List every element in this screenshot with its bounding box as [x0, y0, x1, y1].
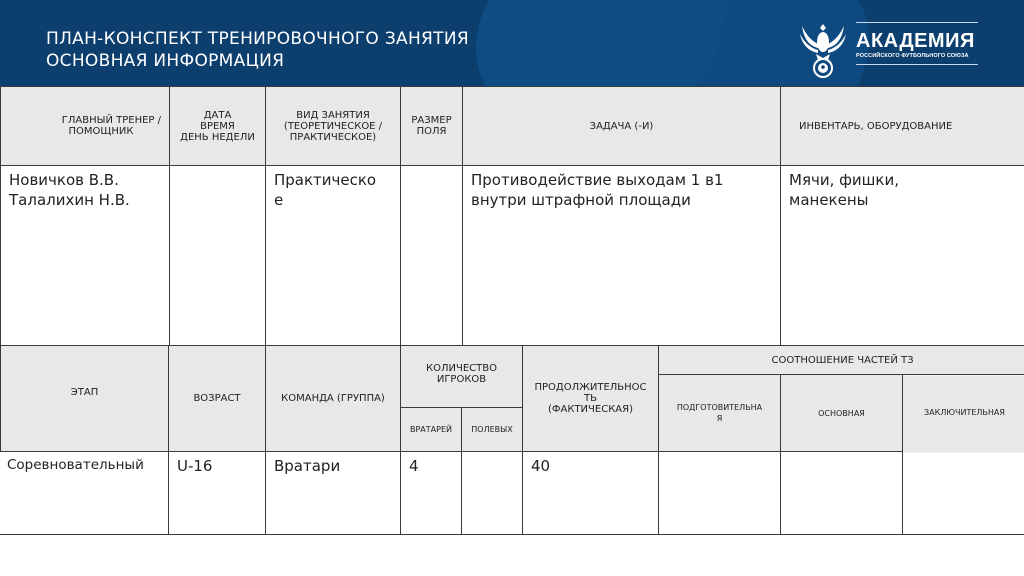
header-banner: ПЛАН-КОНСПЕКТ ТРЕНИРОВОЧНОГО ЗАНЯТИЯ ОСН…	[0, 0, 1024, 86]
page-title-line2: ОСНОВНАЯ ИНФОРМАЦИЯ	[46, 50, 469, 72]
header-field-size: РАЗМЕР ПОЛЯ	[401, 87, 463, 166]
cell-equipment[interactable]: Мячи, фишки, манекены	[781, 166, 1024, 346]
header-players-line1: КОЛИЧЕСТВО	[401, 363, 522, 374]
header-date-line2: ВРЕМЯ	[170, 121, 265, 132]
type-line2: е	[274, 190, 392, 210]
cell-field-size[interactable]	[401, 166, 463, 346]
coach-name-1: Новичков В.В.	[9, 170, 161, 190]
coach-name-2: Талалихин Н.В.	[9, 190, 161, 210]
header-date-line1: ДАТА	[170, 110, 265, 121]
header-type: ВИД ЗАНЯТИЯ (ТЕОРЕТИЧЕСКОЕ / ПРАКТИЧЕСКО…	[266, 87, 401, 166]
header-main: ОСНОВНАЯ	[781, 375, 903, 452]
logo-divider	[856, 22, 978, 23]
header-date-line3: ДЕНЬ НЕДЕЛИ	[170, 132, 265, 143]
cell-age[interactable]: U-16	[169, 452, 266, 535]
header-players-line2: ИГРОКОВ	[401, 374, 522, 385]
academy-logo: АКАДЕМИЯ РОССИЙСКОГО ФУТБОЛЬНОГО СОЮЗА	[798, 18, 980, 78]
cell-team[interactable]: Вратари	[266, 452, 401, 535]
header-final: ЗАКЛЮЧИТЕЛЬНАЯ	[903, 375, 1024, 535]
header-prep-line2: Я	[659, 413, 780, 424]
cell-main[interactable]	[781, 452, 903, 535]
header-field-players: ПОЛЕВЫХ	[462, 408, 523, 452]
header-type-line2: (ТЕОРЕТИЧЕСКОЕ /	[266, 121, 400, 132]
header-goalkeepers: ВРАТАРЕЙ	[401, 408, 462, 452]
cell-goalkeepers[interactable]: 4	[401, 452, 462, 535]
header-coach-line1: ГЛАВНЫЙ ТРЕНЕР /	[1, 115, 161, 126]
header-type-line1: ВИД ЗАНЯТИЯ	[266, 110, 400, 121]
header-equipment: ИНВЕНТАРЬ, ОБОРУДОВАНИЕ	[781, 87, 1024, 166]
header-prep-line1: ПОДГОТОВИТЕЛЬНА	[659, 402, 780, 413]
logo-name: АКАДЕМИЯ	[856, 29, 978, 53]
equipment-line2: манекены	[789, 190, 1018, 210]
header-duration-line1: ПРОДОЛЖИТЕЛЬНОС	[523, 382, 658, 393]
logo-divider	[856, 64, 978, 65]
header-stage: ЭТАП	[1, 346, 169, 452]
rfs-eagle-emblem-icon	[798, 18, 848, 80]
cell-date[interactable]	[170, 166, 266, 346]
cell-task[interactable]: Противодействие выходам 1 в1 внутри штра…	[463, 166, 781, 346]
page-title-line1: ПЛАН-КОНСПЕКТ ТРЕНИРОВОЧНОГО ЗАНЯТИЯ	[46, 28, 469, 50]
header-prep: ПОДГОТОВИТЕЛЬНА Я	[659, 375, 781, 452]
cell-field-players[interactable]	[462, 452, 523, 535]
task-line1: Противодействие выходам 1 в1	[471, 170, 772, 190]
cell-type[interactable]: Практическо е	[266, 166, 401, 346]
logo-subtitle: РОССИЙСКОГО ФУТБОЛЬНОГО СОЮЗА	[856, 53, 978, 59]
session-details-table: ЭТАП ВОЗРАСТ КОМАНДА (ГРУППА) КОЛИЧЕСТВО…	[0, 345, 1024, 535]
task-line2: внутри штрафной площади	[471, 190, 772, 210]
table-header-row: ГЛАВНЫЙ ТРЕНЕР / ПОМОЩНИК ДАТА ВРЕМЯ ДЕН…	[1, 87, 1024, 166]
header-duration: ПРОДОЛЖИТЕЛЬНОС ТЬ (ФАКТИЧЕСКАЯ)	[523, 346, 659, 452]
type-line1: Практическо	[274, 170, 392, 190]
cell-duration[interactable]: 40	[523, 452, 659, 535]
header-coach: ГЛАВНЫЙ ТРЕНЕР / ПОМОЩНИК	[1, 87, 170, 166]
table-header-row: ЭТАП ВОЗРАСТ КОМАНДА (ГРУППА) КОЛИЧЕСТВО…	[1, 346, 1024, 375]
header-players-count: КОЛИЧЕСТВО ИГРОКОВ	[401, 346, 523, 408]
header-coach-line2: ПОМОЩНИК	[1, 126, 161, 137]
cell-stage[interactable]: Соревновательный	[1, 452, 169, 535]
header-team: КОМАНДА (ГРУППА)	[266, 346, 401, 452]
header-task: ЗАДАЧА (-И)	[463, 87, 781, 166]
cell-prep[interactable]	[659, 452, 781, 535]
table-row: Новичков В.В. Талалихин Н.В. Практическо…	[1, 166, 1024, 346]
header-duration-line2: ТЬ	[523, 393, 658, 404]
main-info-table: ГЛАВНЫЙ ТРЕНЕР / ПОМОЩНИК ДАТА ВРЕМЯ ДЕН…	[0, 86, 1024, 346]
header-field-line2: ПОЛЯ	[401, 126, 462, 137]
header-type-line3: ПРАКТИЧЕСКОЕ)	[266, 132, 400, 143]
header-date: ДАТА ВРЕМЯ ДЕНЬ НЕДЕЛИ	[170, 87, 266, 166]
equipment-line1: Мячи, фишки,	[789, 170, 1018, 190]
cell-coach[interactable]: Новичков В.В. Талалихин Н.В.	[1, 166, 170, 346]
header-duration-line3: (ФАКТИЧЕСКАЯ)	[523, 404, 658, 415]
header-age: ВОЗРАСТ	[169, 346, 266, 452]
page-title: ПЛАН-КОНСПЕКТ ТРЕНИРОВОЧНОГО ЗАНЯТИЯ ОСН…	[46, 28, 469, 72]
table-row: Соревновательный U-16 Вратари 4 40	[1, 452, 1024, 535]
header-field-line1: РАЗМЕР	[401, 115, 462, 126]
header-ratio: СООТНОШЕНИЕ ЧАСТЕЙ ТЗ	[659, 346, 1024, 375]
logo-text: АКАДЕМИЯ РОССИЙСКОГО ФУТБОЛЬНОГО СОЮЗА	[856, 22, 978, 65]
